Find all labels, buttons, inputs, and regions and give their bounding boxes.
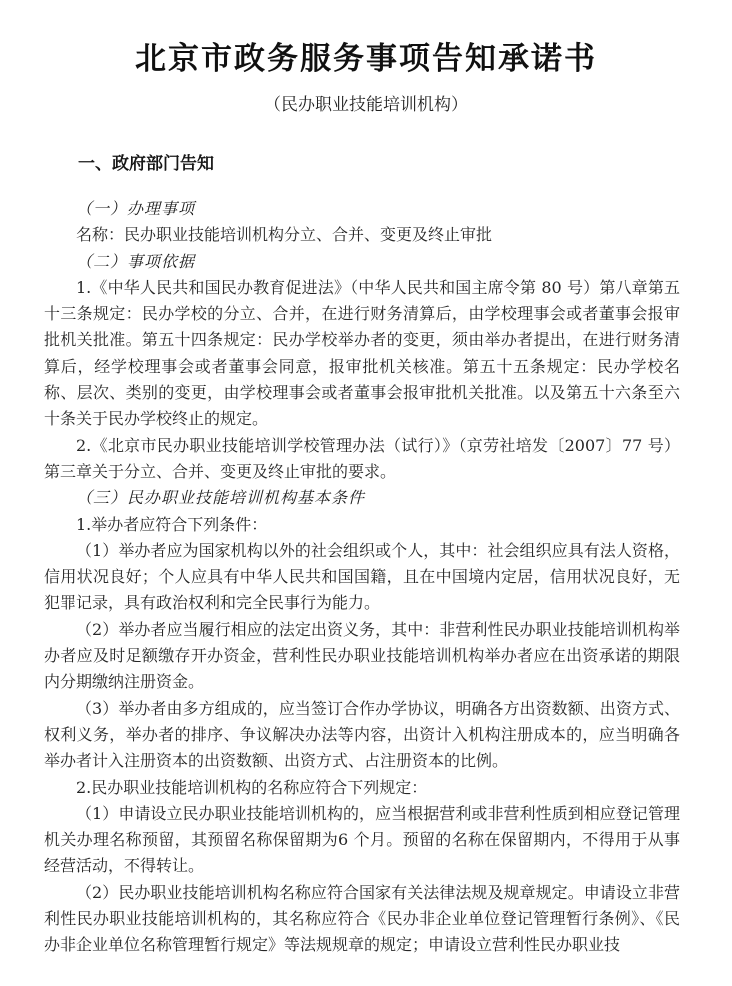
- paragraph-condition-1: 1.举办者应符合下列条件：: [44, 512, 680, 538]
- paragraph-condition-2-1: （1）申请设立民办职业技能培训机构的，应当根据营利或非营利性质到相应登记管理机关…: [44, 801, 680, 880]
- document-title: 北京市政务服务事项告知承诺书: [30, 38, 702, 80]
- document-body: （一）办理事项 名称：民办职业技能培训机构分立、合并、变更及终止审批 （二）事项…: [44, 196, 680, 959]
- sub-section-heading-matter-basis: （二）事项依据: [44, 249, 680, 275]
- paragraph-condition-1-3: （3）举办者由多方组成的，应当签订合作办学协议，明确各方出资数额、出资方式、权利…: [44, 696, 680, 775]
- paragraph-condition-1-2: （2）举办者应当履行相应的法定出资义务，其中：非营利性民办职业技能培训机构举办者…: [44, 617, 680, 696]
- paragraph-basis-1: 1.《中华人民共和国民办教育促进法》（中华人民共和国主席令第 80 号）第八章第…: [44, 275, 680, 433]
- paragraph-matter-name: 名称：民办职业技能培训机构分立、合并、变更及终止审批: [44, 222, 680, 248]
- paragraph-condition-2-2-truncated: （2）民办职业技能培训机构名称应符合国家有关法律法规及规章规定。申请设立非营利性…: [44, 880, 680, 959]
- paragraph-basis-2: 2.《北京市民办职业技能培训学校管理办法（试行）》（京劳社培发〔2007〕77 …: [44, 433, 680, 486]
- document-page: 北京市政务服务事项告知承诺书 （民办职业技能培训机构） 一、政府部门告知 （一）…: [0, 0, 732, 986]
- paragraph-condition-1-1: （1）举办者应为国家机构以外的社会组织或个人，其中：社会组织应具有法人资格，信用…: [44, 538, 680, 617]
- section-heading-government-notification: 一、政府部门告知: [44, 151, 680, 177]
- sub-section-heading-handling-matter: （一）办理事项: [44, 196, 680, 222]
- paragraph-condition-2: 2.民办职业技能培训机构的名称应符合下列规定：: [44, 775, 680, 801]
- document-subtitle: （民办职业技能培训机构）: [30, 93, 702, 117]
- sub-section-heading-basic-conditions: （三）民办职业技能培训机构基本条件: [44, 485, 680, 511]
